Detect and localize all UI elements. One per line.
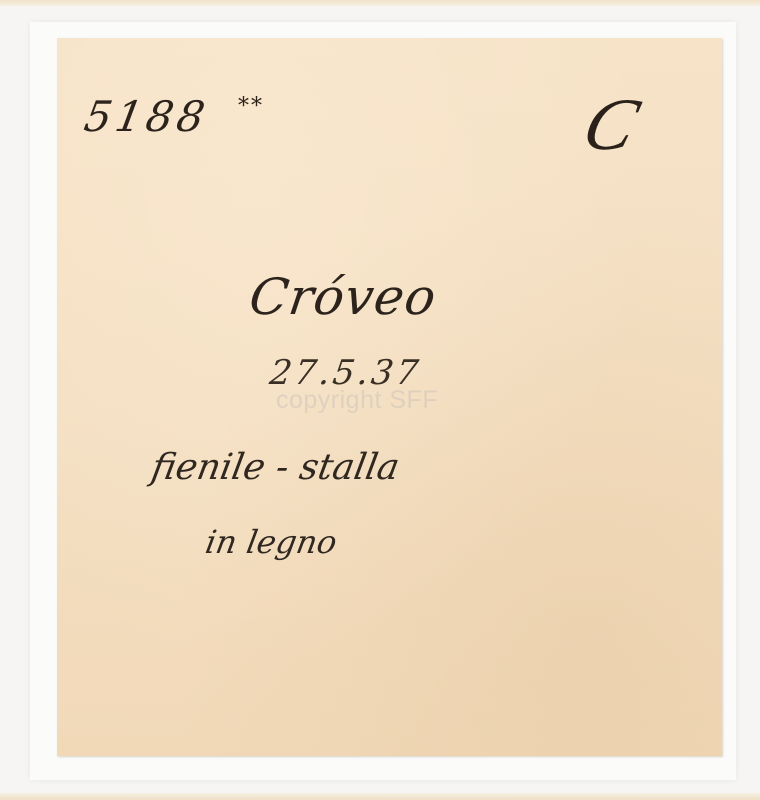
date: 27.5.37 [268,356,424,390]
top-paper-strip [0,0,760,6]
catalog-number: 5188 [81,96,211,138]
catalog-marks: ** [238,96,264,118]
material: in legno [203,526,339,558]
place-name: Cróveo [246,272,439,322]
bottom-paper-strip [0,793,760,800]
description: fienile - stalla [149,450,402,486]
copyright-watermark: copyright SFF [276,386,438,415]
